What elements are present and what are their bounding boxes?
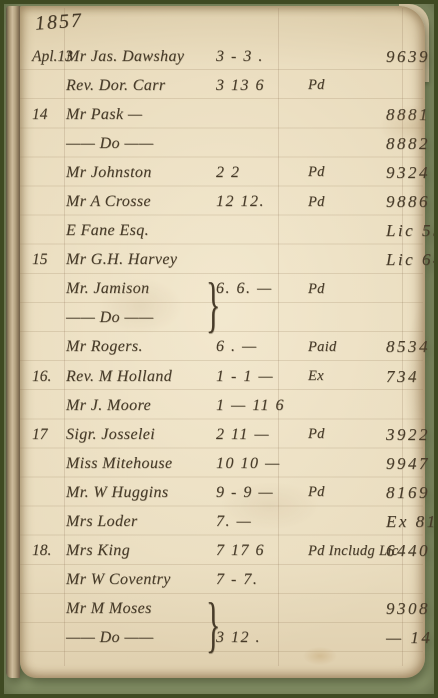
entry-name: —— Do —— <box>66 629 216 647</box>
entry-amount: 1 — 11 6 <box>216 397 308 415</box>
payment-note: Pd <box>308 484 386 501</box>
entry-amount: 7. — <box>216 513 308 531</box>
ledger-row: 15 Mr G.H. Harvey Lic 6444 <box>20 246 419 275</box>
entry-amount: 1 - 1 — <box>216 368 308 386</box>
entry-amount: 2 2 <box>216 164 308 182</box>
entry-name: Mr. Jamison <box>66 280 216 298</box>
payment-note: Pd <box>308 281 386 298</box>
entry-date: 14 <box>20 106 66 124</box>
receipt-number: 9639 <box>386 47 432 67</box>
ledger-row: Mr J. Moore 1 — 11 6 <box>20 391 419 420</box>
entry-name: Mrs King <box>66 542 216 560</box>
entry-name: Mr J. Moore <box>66 397 216 415</box>
ledger-row: Mr W Coventry 7 - 7. <box>20 566 419 595</box>
ledger-row: Mrs Loder 7. — Ex 8171 <box>20 508 419 537</box>
payment-note: Paid <box>308 339 386 356</box>
entry-amount: 2 11 — <box>216 426 308 444</box>
ledger-row: Mr M Moses 9308 } <box>20 595 419 624</box>
brace-mark: } <box>206 596 220 658</box>
receipt-number: 9886 <box>386 192 432 212</box>
ledger-row: —— Do —— 8882 <box>20 129 419 158</box>
entry-date: Apl.13 <box>20 48 66 66</box>
entry-name: Mr Rogers. <box>66 338 216 356</box>
receipt-number: 9308 <box>386 599 432 619</box>
receipt-number: 8534 <box>386 337 432 357</box>
entry-name: E Fane Esq. <box>66 222 216 240</box>
receipt-number: 8882 <box>386 134 432 154</box>
ledger-row: Mr A Crosse 12 12. Pd 9886 <box>20 187 419 216</box>
ledger-row: 18. Mrs King 7 17 6 Pd Includg Lic 6440 <box>20 537 419 566</box>
entry-amount: 6. 6. — <box>216 280 308 298</box>
entry-amount: 3 13 6 <box>216 77 308 95</box>
entry-date: 18. <box>20 542 66 560</box>
ledger-row: 17 Sigr. Josselei 2 11 — Pd 3922 <box>20 420 419 449</box>
entry-name: Mr G.H. Harvey <box>66 251 216 269</box>
entry-date: 16. <box>20 368 66 386</box>
receipt-number: 3922 <box>386 425 432 445</box>
entry-name: Mr. W Huggins <box>66 484 216 502</box>
receipt-number: Lic 6444 <box>386 250 438 270</box>
ledger-rows: Apl.13 Mr Jas. Dawshay 3 - 3 . 9639 Rev.… <box>20 42 419 653</box>
entry-name: Mr M Moses <box>66 600 216 618</box>
receipt-number: 734 <box>386 367 421 387</box>
entry-date: 17 <box>20 426 66 444</box>
receipt-number: Lic 5599 <box>386 221 438 241</box>
payment-note: Pd <box>308 194 386 211</box>
ledger-row: 16. Rev. M Holland 1 - 1 — Ex 734 <box>20 362 419 391</box>
receipt-number: 9324 <box>386 163 432 183</box>
entry-amount: 9 - 9 — <box>216 484 308 502</box>
ledger-photo: 1857 Apl.13 Mr Jas. Dawshay 3 - 3 . 9639… <box>0 0 438 698</box>
ledger-row: Miss Mitehouse 10 10 — 9947 <box>20 449 419 478</box>
entry-amount: 6 . — <box>216 338 308 356</box>
receipt-number: 8169 <box>386 483 432 503</box>
entry-name: Sigr. Josselei <box>66 426 216 444</box>
entry-amount: 12 12. <box>216 193 308 211</box>
year-heading: 1857 <box>34 9 83 35</box>
ledger-row: Apl.13 Mr Jas. Dawshay 3 - 3 . 9639 <box>20 42 419 71</box>
entry-name: Mr A Crosse <box>66 193 216 211</box>
entry-name: Mr W Coventry <box>66 571 216 589</box>
receipt-number: Ex 8171 <box>386 512 438 532</box>
ledger-book: 1857 Apl.13 Mr Jas. Dawshay 3 - 3 . 9639… <box>6 6 425 678</box>
brace-mark: } <box>206 276 220 338</box>
payment-note: Pd <box>308 164 386 181</box>
entry-name: Mr Pask — <box>66 106 216 124</box>
entry-name: Miss Mitehouse <box>66 455 216 473</box>
ledger-row: 14 Mr Pask — 8881 <box>20 100 419 129</box>
entry-name: Mr Jas. Dawshay <box>66 48 216 66</box>
entry-name: Rev. M Holland <box>66 368 216 386</box>
ledger-row: Mr. W Huggins 9 - 9 — Pd 8169 <box>20 478 419 507</box>
payment-note: Pd <box>308 77 386 94</box>
entry-amount: 7 - 7. <box>216 571 308 589</box>
receipt-number: — 14 <box>386 628 434 648</box>
ledger-row: Mr Johnston 2 2 Pd 9324 <box>20 158 419 187</box>
entry-name: Mrs Loder <box>66 513 216 531</box>
ledger-row: Rev. Dor. Carr 3 13 6 Pd <box>20 71 419 100</box>
receipt-number: 9947 <box>386 454 432 474</box>
receipt-number: 8881 <box>386 105 432 125</box>
ledger-row: Mr. Jamison 6. 6. — Pd } <box>20 275 419 304</box>
payment-note: Pd <box>308 426 386 443</box>
ledger-page: 1857 Apl.13 Mr Jas. Dawshay 3 - 3 . 9639… <box>20 6 425 678</box>
entry-name: Mr Johnston <box>66 164 216 182</box>
entry-amount: 10 10 — <box>216 455 308 473</box>
book-spine <box>6 6 20 678</box>
receipt-number: 6440 <box>386 541 432 561</box>
ledger-row: E Fane Esq. Lic 5599 <box>20 217 419 246</box>
entry-name: —— Do —— <box>66 309 216 327</box>
payment-note: Ex <box>308 368 386 385</box>
payment-note: Pd Includg Lic <box>308 543 386 560</box>
entry-date: 15 <box>20 251 66 269</box>
entry-amount: 7 17 6 <box>216 542 308 560</box>
entry-name: Rev. Dor. Carr <box>66 77 216 95</box>
entry-amount: 3 - 3 . <box>216 48 308 66</box>
entry-name: —— Do —— <box>66 135 216 153</box>
entry-amount: 3 12 . <box>216 629 308 647</box>
